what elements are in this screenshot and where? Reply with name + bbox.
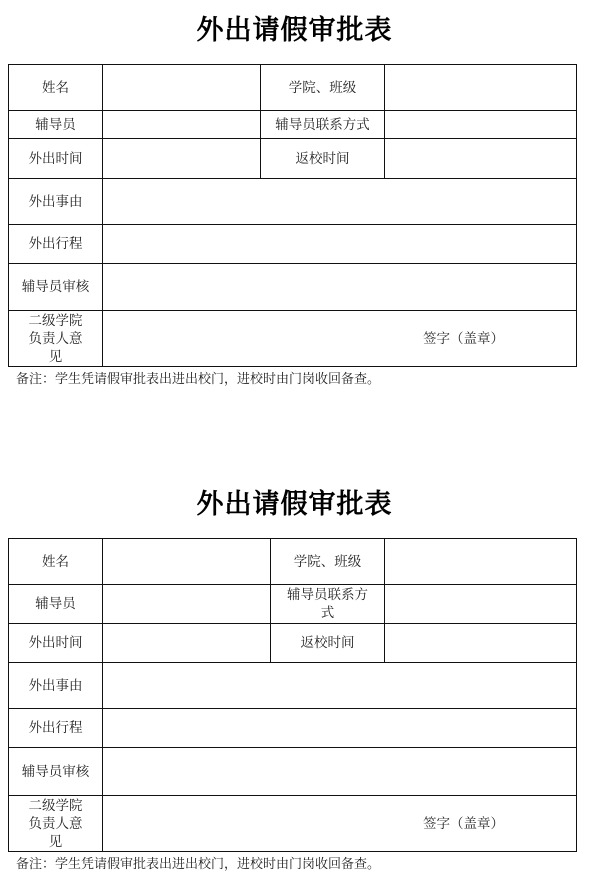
- label-college-class: 学院、班级: [271, 539, 385, 585]
- label-counselor-review: 辅导员审核: [9, 748, 103, 796]
- college-class-field[interactable]: [385, 65, 577, 111]
- counselor-field[interactable]: [103, 585, 271, 624]
- counselor-contact-field[interactable]: [385, 111, 577, 139]
- label-return-time: 返校时间: [271, 624, 385, 663]
- form-note: 备注：学生凭请假审批表出进出校门，进校时由门岗收回备查。: [16, 853, 380, 872]
- form-title: 外出请假审批表: [0, 482, 589, 521]
- label-itinerary: 外出行程: [9, 225, 103, 264]
- label-college-class: 学院、班级: [261, 65, 385, 111]
- label-counselor-contact: 辅导员联系方式: [271, 585, 385, 624]
- name-field[interactable]: [103, 539, 271, 585]
- label-counselor-review: 辅导员审核: [9, 264, 103, 311]
- label-reason: 外出事由: [9, 663, 103, 709]
- label-counselor: 辅导员: [9, 585, 103, 624]
- signature-label: 签字（盖章）: [423, 816, 504, 832]
- label-college-head-opinion: 二级学院负责人意见: [9, 796, 103, 852]
- label-reason: 外出事由: [9, 179, 103, 225]
- label-counselor: 辅导员: [9, 111, 103, 139]
- label-name: 姓名: [9, 539, 103, 585]
- label-itinerary: 外出行程: [9, 709, 103, 748]
- counselor-field[interactable]: [103, 111, 261, 139]
- label-college-head-opinion: 二级学院负责人意见: [9, 311, 103, 367]
- form-note: 备注：学生凭请假审批表出进出校门，进校时由门岗收回备查。: [16, 368, 380, 387]
- reason-field[interactable]: [103, 179, 577, 225]
- label-name: 姓名: [9, 65, 103, 111]
- counselor-review-field[interactable]: [103, 748, 577, 796]
- counselor-contact-field[interactable]: [385, 585, 577, 624]
- name-field[interactable]: [103, 65, 261, 111]
- return-time-field[interactable]: [385, 624, 577, 663]
- signature-cell[interactable]: 签字（盖章）: [103, 796, 577, 852]
- signature-cell[interactable]: 签字（盖章）: [103, 311, 577, 367]
- return-time-field[interactable]: [385, 139, 577, 179]
- approval-table: 姓名 学院、班级 辅导员 辅导员联系方式 外出时间 返校时间 外出事由 外出行程…: [8, 64, 577, 367]
- label-leave-time: 外出时间: [9, 624, 103, 663]
- itinerary-field[interactable]: [103, 225, 577, 264]
- counselor-review-field[interactable]: [103, 264, 577, 311]
- label-counselor-contact: 辅导员联系方式: [261, 111, 385, 139]
- leave-time-field[interactable]: [103, 139, 261, 179]
- reason-field[interactable]: [103, 663, 577, 709]
- itinerary-field[interactable]: [103, 709, 577, 748]
- form-title: 外出请假审批表: [0, 8, 589, 47]
- label-leave-time: 外出时间: [9, 139, 103, 179]
- label-return-time: 返校时间: [261, 139, 385, 179]
- approval-table: 姓名 学院、班级 辅导员 辅导员联系方式 外出时间 返校时间 外出事由 外出行程…: [8, 538, 577, 852]
- college-class-field[interactable]: [385, 539, 577, 585]
- leave-time-field[interactable]: [103, 624, 271, 663]
- signature-label: 签字（盖章）: [423, 331, 504, 347]
